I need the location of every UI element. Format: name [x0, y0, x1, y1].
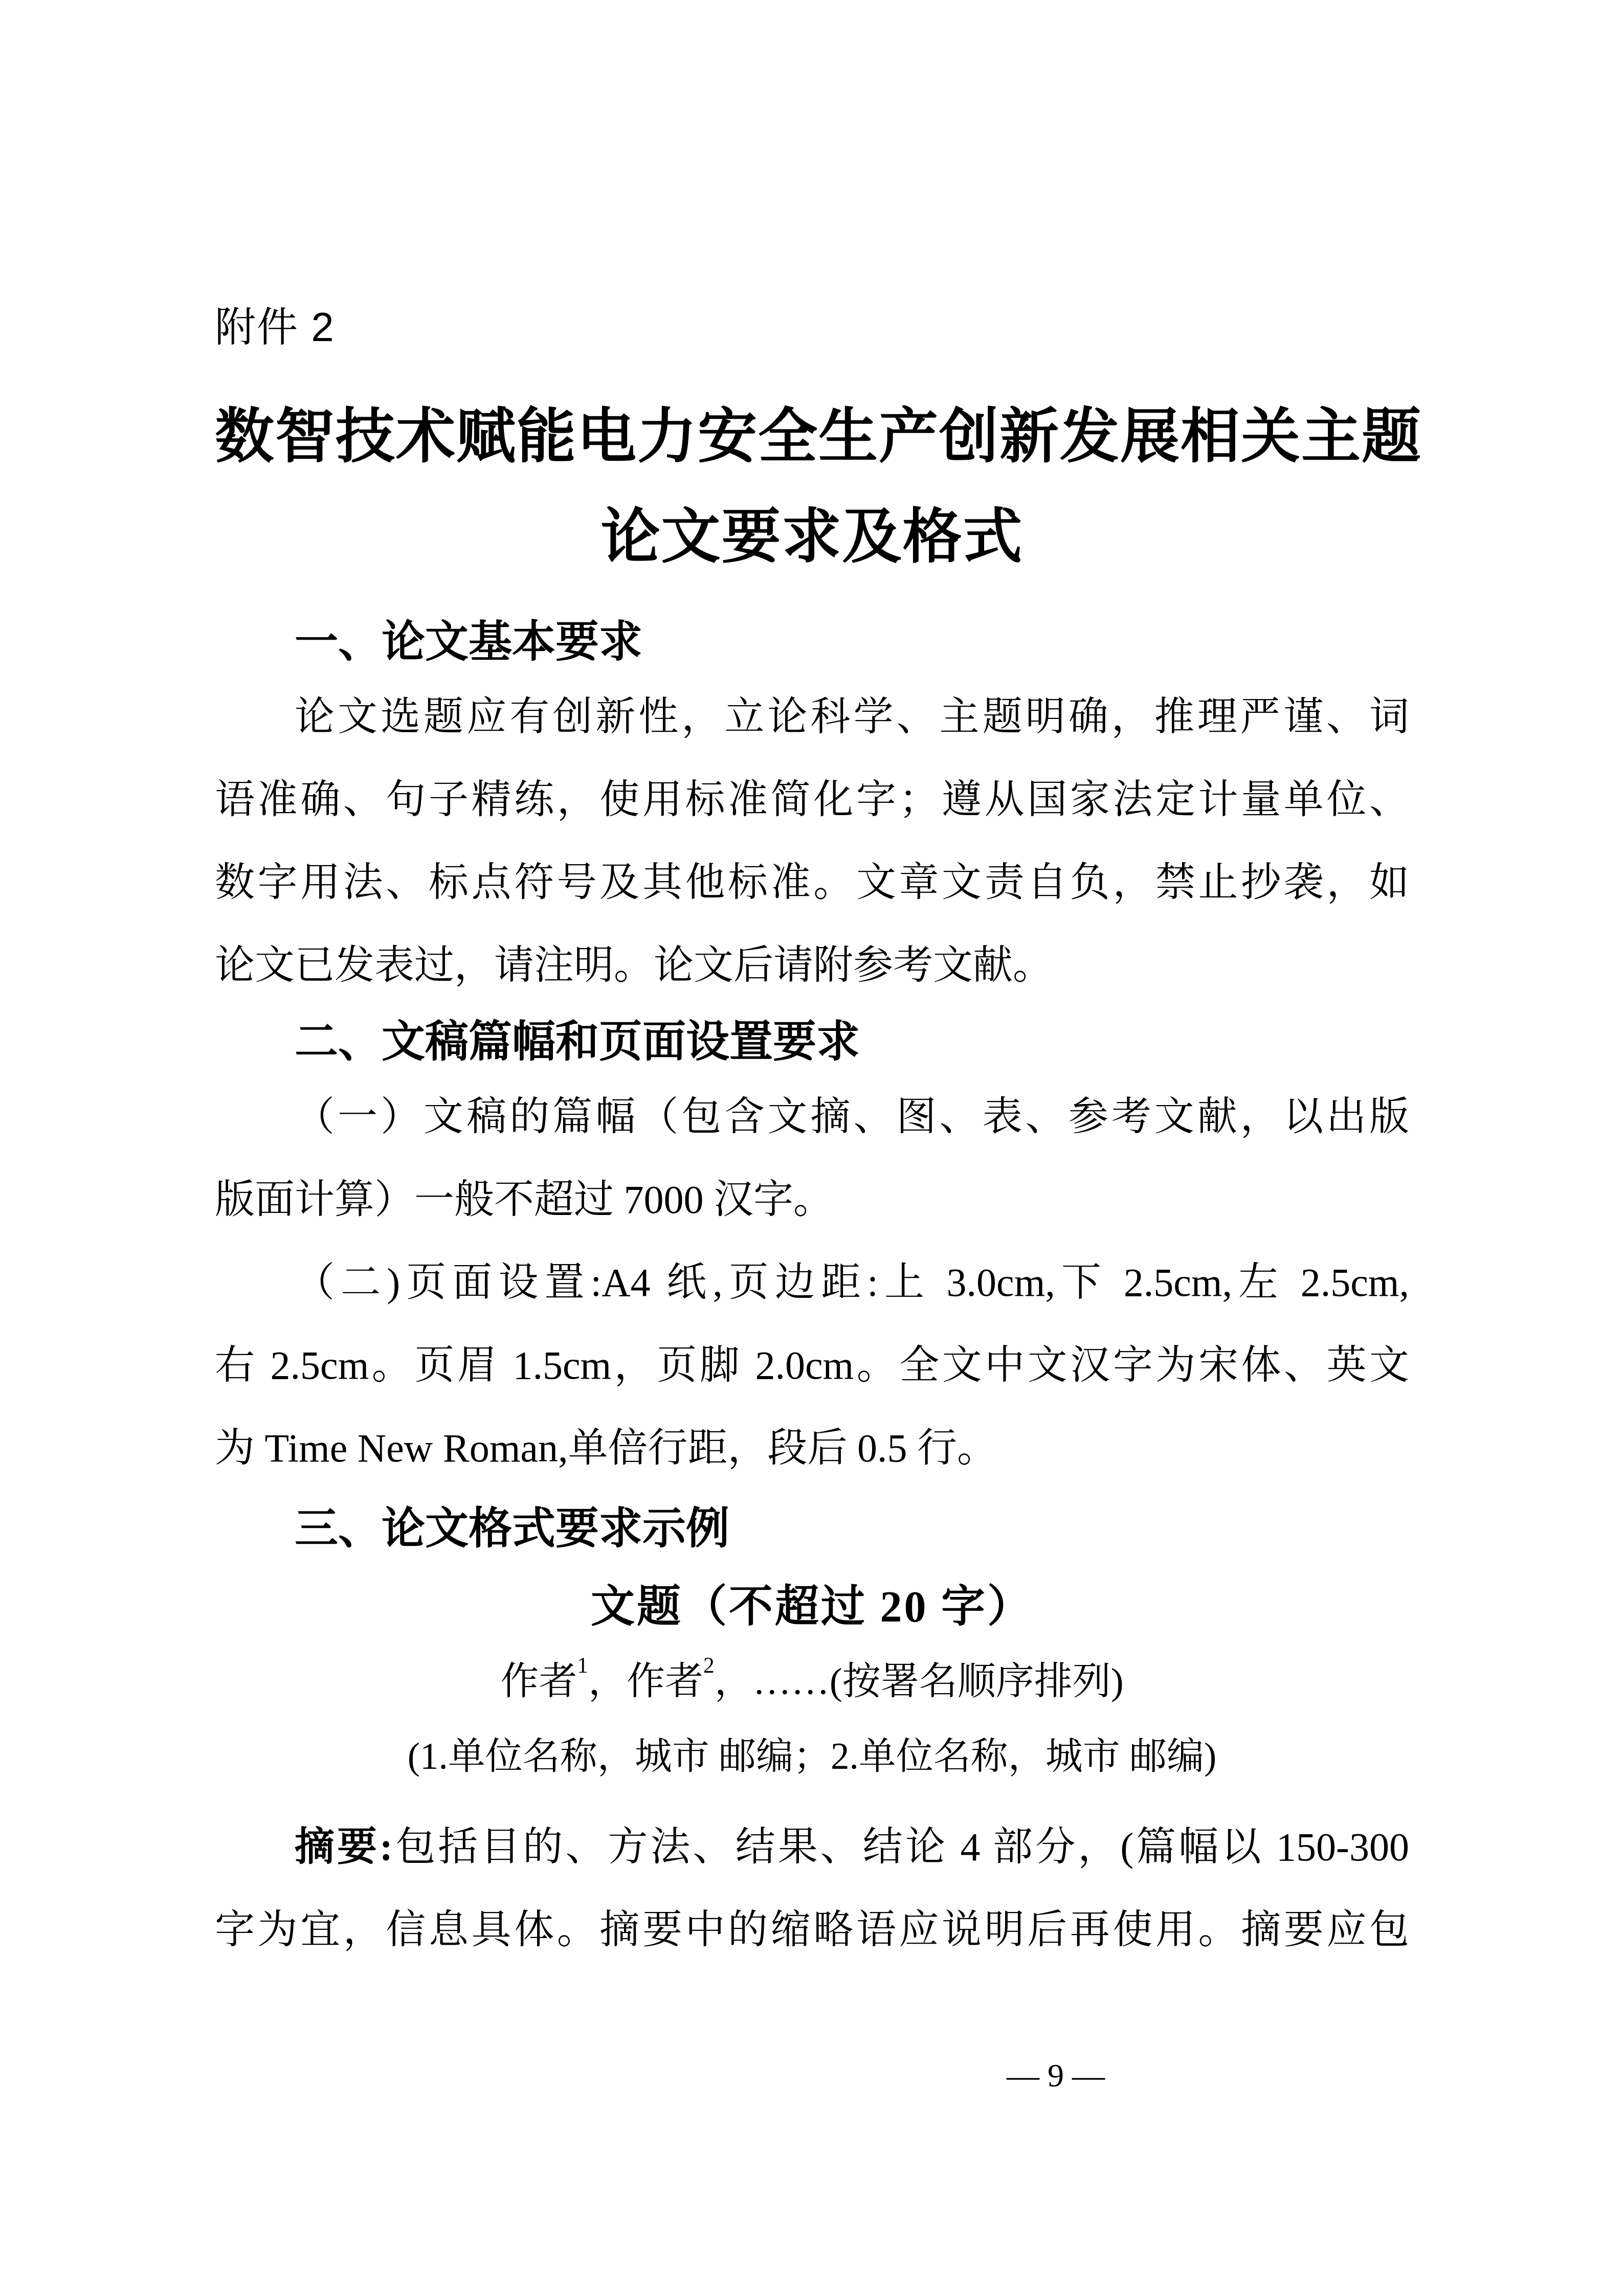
document-title: 数智技术赋能电力安全生产创新发展相关主题 论文要求及格式: [215, 387, 1409, 588]
abstract-text-1: 包括目的、方法、结果、结论 4 部分，(篇幅以 150-300: [393, 1825, 1409, 1869]
author1-superscript: 1: [577, 1653, 588, 1678]
section2-para2-line-2: 右 2.5cm。页眉 1.5cm，页脚 2.0cm。全文中文汉字为宋体、英文: [215, 1324, 1409, 1407]
section2-para2-line-3: 为 Time New Roman,单倍行距，段后 0.5 行。: [215, 1407, 1409, 1490]
example-paper-title: 文题（不超过 20 字）: [215, 1570, 1409, 1643]
section1-line-2: 语准确、句子精练，使用标准简化字；遵从国家法定计量单位、: [215, 758, 1409, 841]
section1-heading: 一、论文基本要求: [215, 609, 1409, 676]
document-title-line2: 论文要求及格式: [215, 487, 1409, 588]
document-title-line1: 数智技术赋能电力安全生产创新发展相关主题: [215, 387, 1409, 487]
author2-superscript: 2: [703, 1653, 715, 1678]
abstract-line-2: 字为宜，信息具体。摘要中的缩略语应说明后再使用。摘要应包: [215, 1888, 1409, 1971]
example-author-line: 作者1，作者2，……(按署名顺序排列): [215, 1643, 1409, 1721]
section2-heading: 二、文稿篇幅和页面设置要求: [215, 1009, 1409, 1075]
author2-name: 作者: [627, 1660, 703, 1703]
page-footer: — 9 —: [215, 2057, 1409, 2094]
author-line-tail: ，……(按署名顺序排列): [715, 1660, 1124, 1703]
document-page: 附件 2 数智技术赋能电力安全生产创新发展相关主题 论文要求及格式 一、论文基本…: [0, 0, 1624, 2296]
section1-line-4: 论文已发表过，请注明。论文后请附参考文献。: [215, 924, 1409, 1007]
section2-para2-line-1: （二)页面设置:A4 纸,页边距:上 3.0cm,下 2.5cm,左 2.5cm…: [215, 1241, 1409, 1324]
annex-label: 附件 2: [215, 299, 1409, 355]
section1-line-3: 数字用法、标点符号及其他标准。文章文责自负，禁止抄袭，如: [215, 841, 1409, 924]
section2-para1-line-2: 版面计算）一般不超过 7000 汉字。: [215, 1158, 1409, 1241]
author1-name: 作者: [500, 1660, 577, 1703]
author-separator: ，: [588, 1660, 627, 1703]
abstract-label: 摘要:: [295, 1825, 393, 1869]
section3-heading: 三、论文格式要求示例: [215, 1496, 1409, 1562]
page-number: — 9 —: [1007, 2057, 1105, 2094]
section1-line-1: 论文选题应有创新性，立论科学、主题明确，推理严谨、词: [215, 676, 1409, 758]
example-affiliation-line: (1.单位名称，城市 邮编；2.单位名称，城市 邮编): [215, 1721, 1409, 1792]
abstract-line-1: 摘要:包括目的、方法、结果、结论 4 部分，(篇幅以 150-300: [215, 1806, 1409, 1888]
section2-para1-line-1: （一）文稿的篇幅（包含文摘、图、表、参考文献，以出版: [215, 1075, 1409, 1158]
